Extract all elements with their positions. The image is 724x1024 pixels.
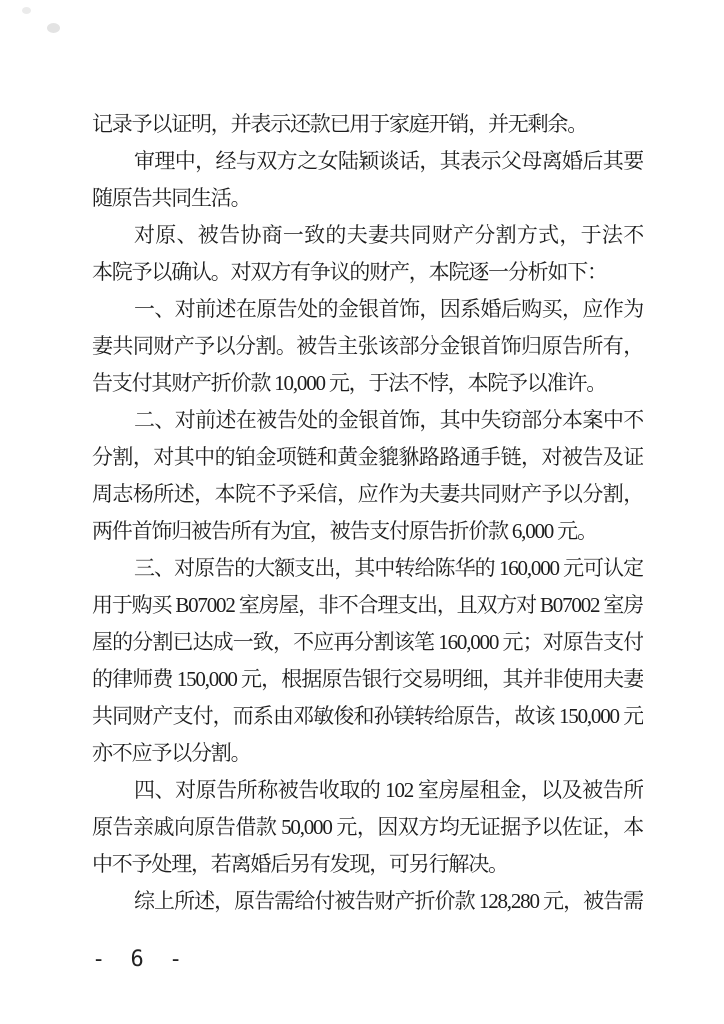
text-line: 本院予以确认。对双方有争议的财产，本院逐一分析如下： — [92, 254, 643, 291]
text-line: 随原告共同生活。 — [92, 180, 643, 217]
text-line: 一、对前述在原告处的金银首饰，因系婚后购买，应作为夫 — [92, 291, 643, 328]
text-line: 审理中，经与双方之女陆颖谈话，其表示父母离婚后其要求 — [92, 143, 643, 180]
document-body: 记录予以证明，并表示还款已用于家庭开销，并无剩余。 审理中，经与双方之女陆颖谈话… — [92, 106, 643, 920]
text-line: 共同财产支付，而系由邓敏俊和孙镁转给原告，故该 150,000 元 — [92, 698, 643, 735]
text-line: 用于购买 B07002 室房屋，非不合理支出，且双方对 B07002 室房 — [92, 587, 643, 624]
text-line: 两件首饰归被告所有为宜，被告支付原告折价款 6,000 元。 — [92, 513, 643, 550]
text-line: 四、对原告所称被告收取的 102 室房屋租金，以及被告所称 — [92, 772, 643, 809]
text-line: 亦不应予以分割。 — [92, 735, 643, 772]
text-line: 原告亲戚向原告借款 50,000 元，因双方均无证据予以佐证，本案 — [92, 809, 643, 846]
scan-artifact — [47, 23, 60, 33]
text-line: 告支付其财产折价款 10,000 元，于法不悖，本院予以准许。 — [92, 365, 643, 402]
text-line: 三、对原告的大额支出，其中转给陈华的 160,000 元可认定 — [92, 550, 643, 587]
text-line: 综上所述，原告需给付被告财产折价款 128,280 元，被告需 — [92, 883, 643, 920]
text-line: 的律师费 150,000 元，根据原告银行交易明细，其并非使用夫妻 — [92, 661, 643, 698]
text-line: 周志杨所述，本院不予采信，应作为夫妻共同财产予以分割，该 — [92, 476, 643, 513]
page-number: - 6 - — [92, 947, 188, 972]
text-line: 妻共同财产予以分割。被告主张该部分金银首饰归原告所有，原 — [92, 328, 643, 365]
text-line: 中不予处理，若离婚后另有发现，可另行解决。 — [92, 846, 643, 883]
scan-artifact — [22, 7, 31, 14]
text-line: 对原、被告协商一致的夫妻共同财产分割方式，于法不悖， — [92, 217, 643, 254]
text-line: 二、对前述在被告处的金银首饰，其中失窃部分本案中不予 — [92, 402, 643, 439]
text-line: 屋的分割已达成一致，不应再分割该笔 160,000 元；对原告支付 — [92, 624, 643, 661]
scanned-document-page: 记录予以证明，并表示还款已用于家庭开销，并无剩余。 审理中，经与双方之女陆颖谈话… — [0, 0, 724, 1024]
text-line: 记录予以证明，并表示还款已用于家庭开销，并无剩余。 — [92, 106, 643, 143]
text-line: 分割，对其中的铂金项链和黄金貔貅路路通手链，对被告及证人 — [92, 439, 643, 476]
